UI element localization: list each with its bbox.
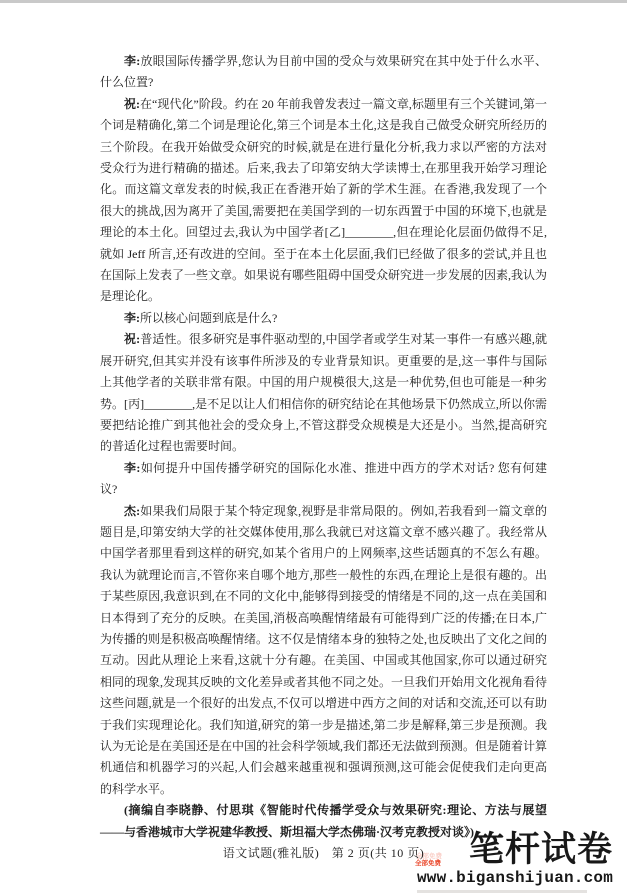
watermark-url: www.biganshijuan.com: [413, 869, 613, 888]
paragraph-text: 普适性。很多研究是事件驱动型的,中国学者或学生对某一事件一有感兴趣,就展开研究,…: [100, 332, 547, 453]
speaker-label: 祝:: [124, 97, 140, 111]
scan-edge-artifact-top: [0, 0, 627, 3]
speaker-label: 李:: [124, 461, 140, 475]
speaker-label: 李:: [124, 54, 140, 68]
paragraph-text: 所以核心问题到底是什么?: [140, 311, 277, 325]
paragraph-text: 放眼国际传播学界,您认为目前中国的受众与效果研究在其中处于什么水平、什么位置?: [100, 54, 547, 89]
dialogue-paragraph: 李:如何提升中国传播学研究的国际化水准、推进中西方的学术对话? 您有何建议?: [100, 458, 547, 501]
paragraph-text: 如果我们局限于某个特定现象,视野是非常局限的。例如,若我看到一篇文章的题目是,印…: [100, 504, 547, 796]
speaker-label: 李:: [124, 311, 140, 325]
speaker-label: 祝:: [124, 332, 140, 346]
dialogue-paragraph: 杰:如果我们局限于某个特定现象,视野是非常局限的。例如,若我看到一篇文章的题目是…: [100, 501, 547, 801]
dialogue-paragraph: 祝:在“现代化”阶段。约在 20 年前我曾发表过一篇文章,标题里有三个关键词,第…: [100, 94, 547, 308]
watermark-brand-row: 全部免费 全部免费 笔杆试卷: [413, 831, 613, 869]
speaker-label: 杰:: [124, 504, 140, 518]
passage-body: 李:放眼国际传播学界,您认为目前中国的受众与效果研究在其中处于什么水平、什么位置…: [100, 51, 547, 864]
dialogue-paragraph: 李:放眼国际传播学界,您认为目前中国的受众与效果研究在其中处于什么水平、什么位置…: [100, 51, 547, 94]
dialogue-paragraph: 祝:普适性。很多研究是事件驱动型的,中国学者或学生对某一事件一有感兴趣,就展开研…: [100, 329, 547, 457]
dialogue-paragraph: 李:所以核心问题到底是什么?: [100, 308, 547, 329]
watermark-tagline: 全部免费: [415, 858, 441, 867]
paragraph-text: 如何提升中国传播学研究的国际化水准、推进中西方的学术对话? 您有何建议?: [100, 461, 547, 496]
watermark-brand-text: 笔杆试卷: [469, 830, 613, 869]
paragraph-text: 在“现代化”阶段。约在 20 年前我曾发表过一篇文章,标题里有三个关键词,第一个…: [100, 97, 547, 304]
exam-page: { "document": { "dialogue": [ { "speaker…: [0, 0, 627, 893]
site-watermark: 全部免费 全部免费 笔杆试卷 www.biganshijuan.com: [413, 831, 613, 888]
